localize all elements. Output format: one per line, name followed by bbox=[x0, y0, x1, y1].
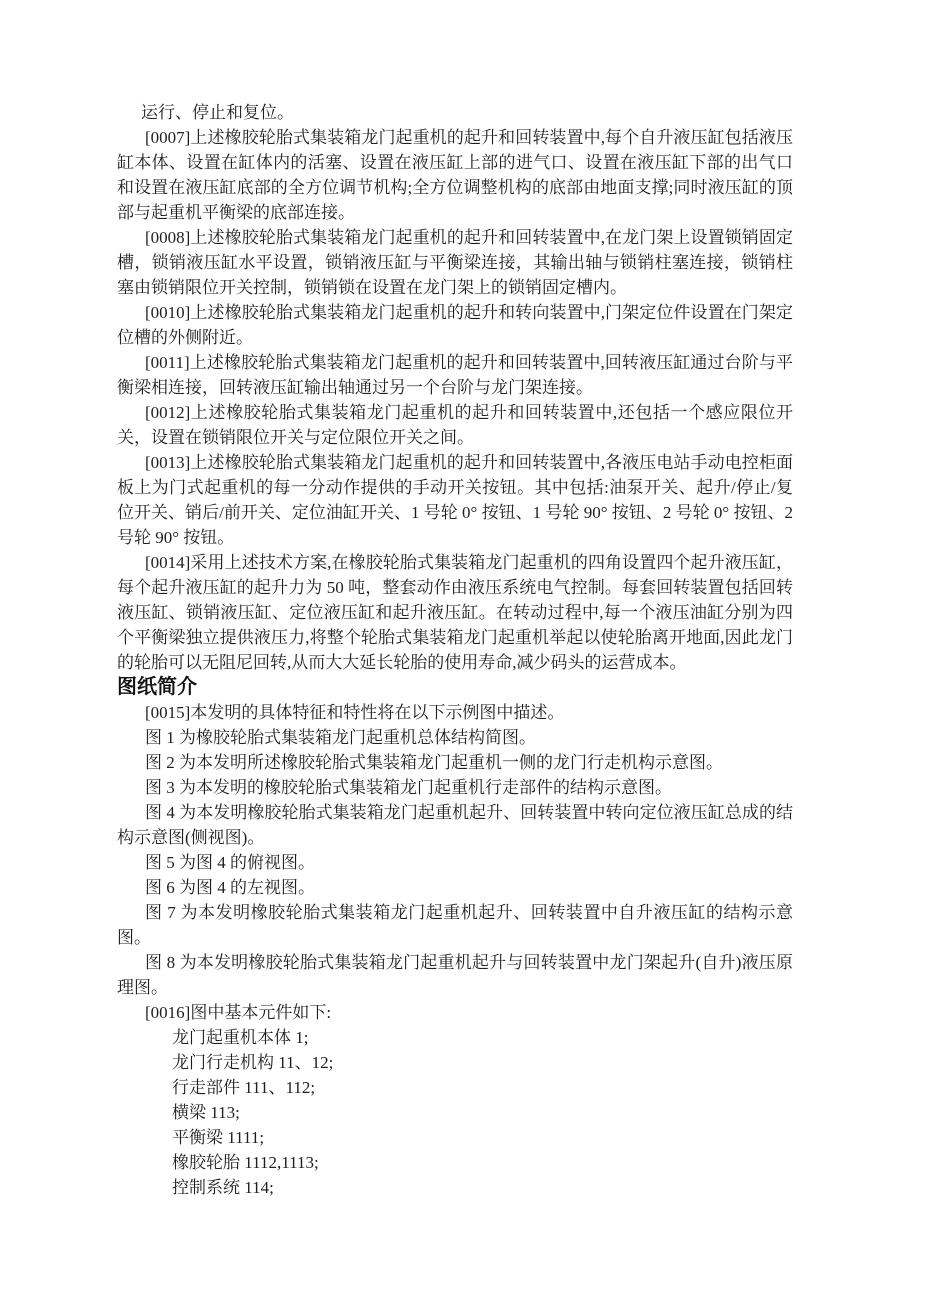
paragraph-continuation: 运行、停止和复位。 bbox=[117, 100, 793, 125]
patent-description-page: 运行、停止和复位。 [0007]上述橡胶轮胎式集装箱龙门起重机的起升和回转装置中… bbox=[117, 100, 793, 1200]
figure-description-line: 图 6 为图 4 的左视图。 bbox=[117, 875, 793, 900]
component-item: 龙门行走机构 11、12; bbox=[117, 1050, 793, 1075]
paragraph: [0010]上述橡胶轮胎式集装箱龙门起重机的起升和转向装置中,门架定位件设置在门… bbox=[117, 300, 793, 350]
figure-description-line: 图 1 为橡胶轮胎式集装箱龙门起重机总体结构简图。 bbox=[117, 725, 793, 750]
figure-description-line: 图 3 为本发明的橡胶轮胎式集装箱龙门起重机行走部件的结构示意图。 bbox=[117, 775, 793, 800]
paragraph-0015-figures-intro: [0015]本发明的具体特征和特性将在以下示例图中描述。 bbox=[117, 700, 793, 725]
figure-description-line: 图 4 为本发明橡胶轮胎式集装箱龙门起重机起升、回转装置中转向定位液压缸总成的结… bbox=[117, 800, 793, 850]
paragraph: [0012]上述橡胶轮胎式集装箱龙门起重机的起升和回转装置中,还包括一个感应限位… bbox=[117, 400, 793, 450]
paragraph-0016-components-intro: [0016]图中基本元件如下: bbox=[117, 1000, 793, 1025]
figure-description-line: 图 2 为本发明所述橡胶轮胎式集装箱龙门起重机一侧的龙门行走机构示意图。 bbox=[117, 750, 793, 775]
component-item: 横梁 113; bbox=[117, 1100, 793, 1125]
component-item: 行走部件 111、112; bbox=[117, 1075, 793, 1100]
component-reference-list: 龙门起重机本体 1;龙门行走机构 11、12;行走部件 111、112;横梁 1… bbox=[117, 1025, 793, 1200]
figure-description-line: 图 7 为本发明橡胶轮胎式集装箱龙门起重机起升、回转装置中自升液压缸的结构示意图… bbox=[117, 900, 793, 950]
component-item: 橡胶轮胎 1112,1113; bbox=[117, 1150, 793, 1175]
figure-description-line: 图 5 为图 4 的俯视图。 bbox=[117, 850, 793, 875]
paragraph: [0007]上述橡胶轮胎式集装箱龙门起重机的起升和回转装置中,每个自升液压缸包括… bbox=[117, 125, 793, 225]
paragraph: [0008]上述橡胶轮胎式集装箱龙门起重机的起升和回转装置中,在龙门架上设置锁销… bbox=[117, 225, 793, 300]
section-header-drawings: 图纸简介 bbox=[117, 675, 793, 700]
description-paragraphs: [0007]上述橡胶轮胎式集装箱龙门起重机的起升和回转装置中,每个自升液压缸包括… bbox=[117, 125, 793, 675]
figure-description-list: 图 1 为橡胶轮胎式集装箱龙门起重机总体结构简图。图 2 为本发明所述橡胶轮胎式… bbox=[117, 725, 793, 1000]
paragraph: [0014]采用上述技术方案,在橡胶轮胎式集装箱龙门起重机的四角设置四个起升液压… bbox=[117, 550, 793, 675]
paragraph: [0013]上述橡胶轮胎式集装箱龙门起重机的起升和回转装置中,各液压电站手动电控… bbox=[117, 450, 793, 550]
component-item: 龙门起重机本体 1; bbox=[117, 1025, 793, 1050]
component-item: 控制系统 114; bbox=[117, 1175, 793, 1200]
figure-description-line: 图 8 为本发明橡胶轮胎式集装箱龙门起重机起升与回转装置中龙门架起升(自升)液压… bbox=[117, 950, 793, 1000]
component-item: 平衡梁 1111; bbox=[117, 1125, 793, 1150]
paragraph: [0011]上述橡胶轮胎式集装箱龙门起重机的起升和回转装置中,回转液压缸通过台阶… bbox=[117, 350, 793, 400]
